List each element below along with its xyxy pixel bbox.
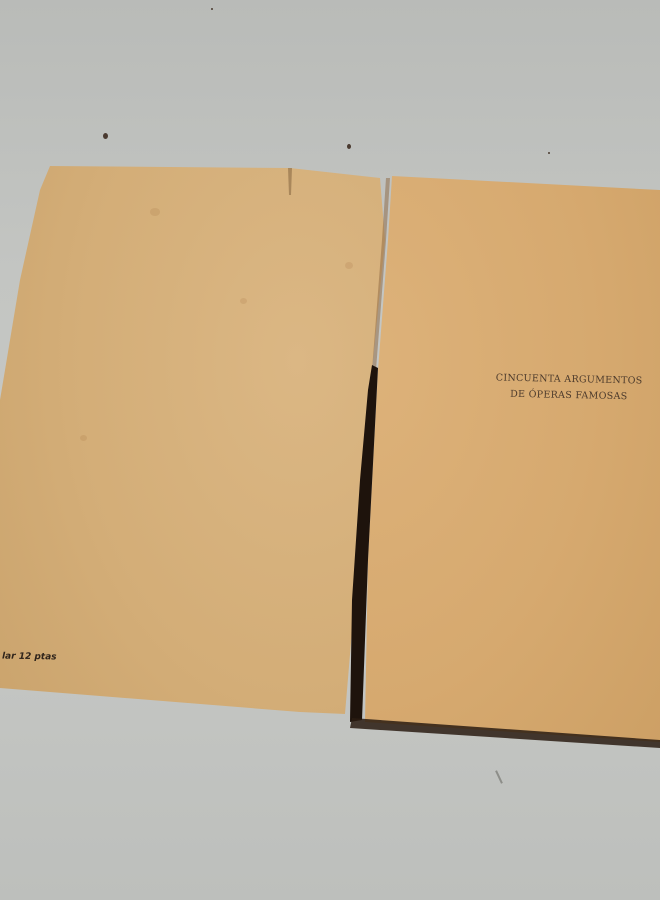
paper-stain [240,298,247,304]
surface-speck [103,133,108,139]
paper-stain [345,262,353,269]
surface-speck [211,8,213,10]
title-line-2: DE ÓPERAS FAMOSAS [494,386,644,405]
surface-speck [548,152,550,154]
surface-speck [347,144,351,149]
surface-mark [495,770,503,784]
paper-stain [80,435,87,441]
photo-scene: CINCUENTA ARGUMENTOS DE ÓPERAS FAMOSAS l… [0,0,660,900]
paper-stain [150,208,160,216]
price-label: lar 12 ptas [2,652,57,663]
half-title: CINCUENTA ARGUMENTOS DE ÓPERAS FAMOSAS [494,370,645,405]
